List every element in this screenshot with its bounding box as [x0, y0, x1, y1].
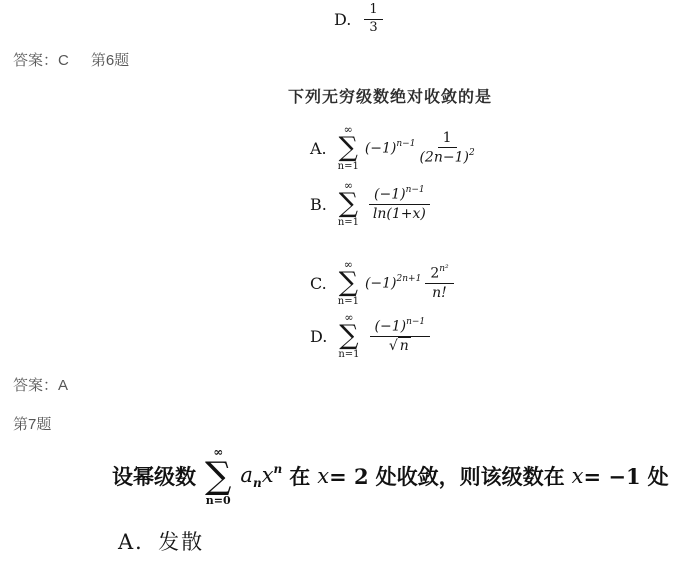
- fraction: 2n² n!: [425, 265, 453, 301]
- answer-label: 答案：A: [13, 377, 68, 394]
- option-label: A．: [118, 526, 158, 556]
- fraction-denominator: √n: [389, 337, 411, 354]
- numerator-exponent: n−1: [406, 317, 425, 327]
- numerator-base: (−1): [375, 319, 407, 335]
- summation-symbol: ∞ ∑ n=1: [338, 259, 359, 307]
- question-number: 第6题: [91, 52, 129, 70]
- fraction-numerator: 2n²: [425, 265, 453, 284]
- sigma-icon: ∑: [339, 323, 358, 349]
- q6-option-b: B. ∞ ∑ n=1 (−1)n−1 ln(1+x): [310, 180, 430, 228]
- term-base: (−1): [365, 140, 397, 156]
- fraction: 1 3: [364, 3, 382, 36]
- radicand: n: [398, 337, 411, 354]
- fraction-denominator: ln(1+x): [373, 205, 426, 222]
- option-label: B.: [310, 195, 327, 214]
- q6-title: 下列无穷级数绝对收敛的是: [288, 84, 492, 107]
- fraction: 1 (2n−1)2: [419, 130, 474, 166]
- coefficient-subscript: n: [253, 476, 262, 490]
- sigma-icon: ∑: [339, 270, 358, 296]
- summation-symbol: ∞ ∑ n=1: [338, 312, 359, 360]
- stem-text: 处: [648, 461, 669, 491]
- numerator-exponent: n²: [439, 264, 448, 274]
- lower-limit: n=1: [338, 350, 359, 360]
- lower-limit: n=1: [338, 218, 359, 228]
- fraction-denominator: (2n−1)2: [419, 148, 474, 166]
- fraction-numerator: (−1)n−1: [370, 318, 431, 337]
- sigma-icon: ∑: [205, 458, 231, 493]
- term-exponent: n−1: [396, 139, 415, 149]
- variable-exponent: n: [274, 462, 283, 476]
- summation-symbol: ∞ ∑ n=1: [338, 124, 359, 172]
- variable: x: [572, 464, 584, 488]
- q7-number: 第7题: [13, 416, 51, 434]
- lower-limit: n=0: [206, 495, 231, 506]
- fraction: (−1)n−1 √n: [370, 318, 431, 354]
- sigma-icon: ∑: [339, 191, 358, 217]
- q5-option-d-row: D. 1 3: [334, 3, 383, 35]
- variable: x: [262, 463, 274, 487]
- fraction-numerator: 1: [438, 130, 457, 148]
- coefficient: a: [240, 463, 253, 487]
- option-label: D.: [310, 327, 327, 346]
- q6-option-a: A. ∞ ∑ n=1 (−1)n−1 1 (2n−1)2: [310, 124, 475, 172]
- summation-symbol: ∞ ∑ n=1: [338, 180, 359, 228]
- denominator-base: (2n−1): [419, 150, 469, 166]
- q7-option-a: A． 发散: [118, 526, 204, 556]
- general-term: (−1)2n+1: [365, 275, 421, 292]
- term-base: (−1): [365, 275, 397, 291]
- stem-text: 在: [289, 461, 310, 491]
- stem-text: 处收敛，则该级数在: [376, 461, 565, 491]
- q6-option-c: C. ∞ ∑ n=1 (−1)2n+1 2n² n!: [310, 256, 454, 310]
- q7-stem: 设幂级数 ∞ ∑ n=0 anxn 在 x = 2 处收敛，则该级数在 x = …: [112, 447, 669, 505]
- variable: x: [317, 464, 329, 488]
- fraction-denominator: n!: [432, 284, 447, 301]
- numerator-base: (−1): [374, 187, 406, 203]
- term-exponent: 2n+1: [397, 274, 422, 284]
- option-label: C.: [310, 274, 327, 293]
- denominator-exponent: 2: [469, 148, 475, 158]
- answer-label: 答案：C: [13, 52, 69, 70]
- exam-page: D. 1 3 答案：C 第6题 下列无穷级数绝对收敛的是 A. ∞ ∑ n=1 …: [0, 0, 686, 562]
- fraction-denominator: 3: [369, 20, 377, 36]
- radical-icon: √: [389, 338, 398, 354]
- option-text: 发散: [158, 526, 204, 556]
- general-term: (−1)n−1: [365, 140, 416, 157]
- answer6-line: 答案：C 第6题: [13, 52, 129, 70]
- stem-text: 设幂级数: [112, 461, 196, 491]
- numerator-exponent: n−1: [406, 185, 425, 195]
- fraction: (−1)n−1 ln(1+x): [369, 186, 430, 222]
- fraction-numerator: 1: [364, 3, 382, 20]
- option-label: D.: [334, 10, 351, 29]
- option-label: A.: [310, 139, 327, 158]
- numerator-base: 2: [430, 266, 439, 282]
- sigma-icon: ∑: [339, 135, 358, 161]
- equation-value: = −1: [583, 464, 640, 489]
- lower-limit: n=1: [338, 297, 359, 307]
- equation-value: = 2: [329, 464, 369, 489]
- answer7-line: 答案：A: [13, 377, 68, 395]
- summation-symbol: ∞ ∑ n=0: [205, 446, 231, 505]
- lower-limit: n=1: [338, 162, 359, 172]
- power-series-term: anxn: [240, 462, 282, 490]
- fraction-numerator: (−1)n−1: [369, 186, 430, 205]
- q6-option-d: D. ∞ ∑ n=1 (−1)n−1 √n: [310, 312, 430, 360]
